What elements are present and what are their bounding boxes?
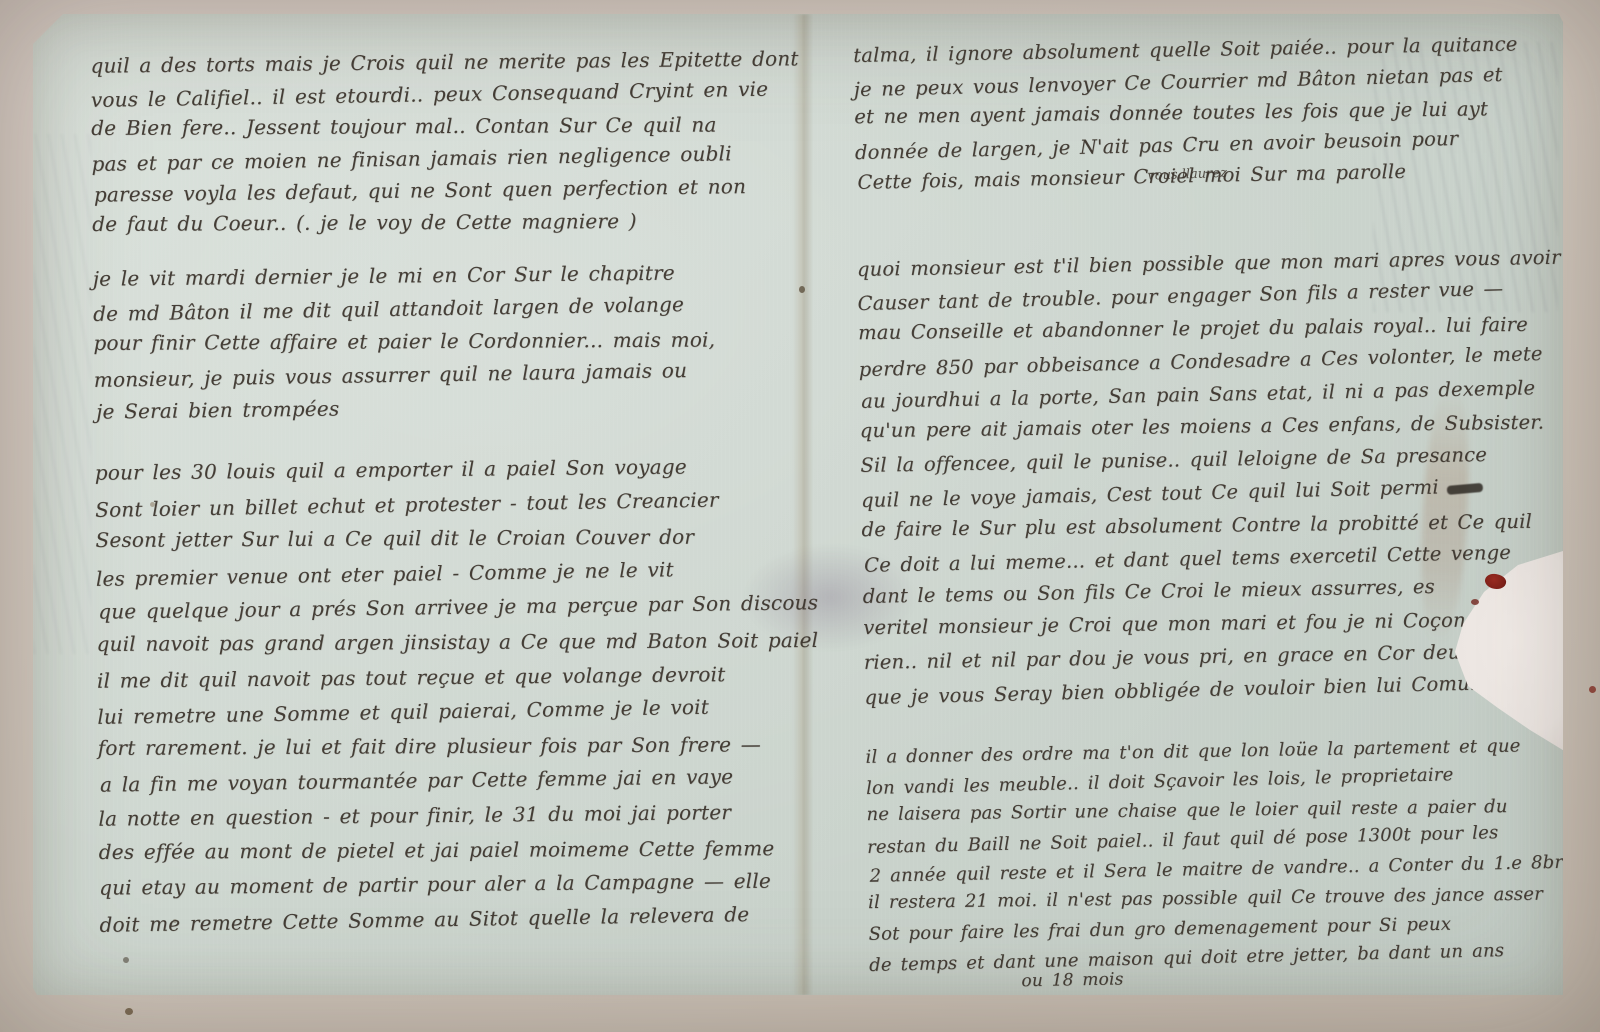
handwritten-line: de faut du Coeur.. (. je le voy de Cette… <box>92 204 802 240</box>
foxing-spot <box>123 957 129 963</box>
red-wax-remnant <box>1471 599 1479 605</box>
ink-showthrough <box>33 134 91 654</box>
paragraph: je le vit mardi dernier je le mi en Cor … <box>93 255 805 427</box>
mat-spot <box>125 1008 133 1015</box>
photograph-of-letter: quil a des torts mais je Crois quil ne m… <box>0 0 1600 1032</box>
page-left: quil a des torts mais je Crois quil ne m… <box>90 42 809 940</box>
interlinear-insertion: vous llaurez <box>1147 166 1227 184</box>
letter-sheet: quil a des torts mais je Crois quil ne m… <box>33 14 1563 995</box>
handwritten-line: des effée au mont de pietel et jai paiel… <box>99 831 809 870</box>
page-right: talma, il ignore absolument quelle Soit … <box>853 28 1582 994</box>
red-speck <box>1589 686 1596 693</box>
handwritten-line: quil navoit pas grand argen jinsistay a … <box>96 623 806 662</box>
paragraph: pour les 30 louis quil a emporter il a p… <box>95 448 810 940</box>
paragraph: quil a des torts mais je Crois quil ne m… <box>90 42 802 241</box>
paragraph: il a donner des ordre ma t'on dit que lo… <box>865 730 1581 978</box>
